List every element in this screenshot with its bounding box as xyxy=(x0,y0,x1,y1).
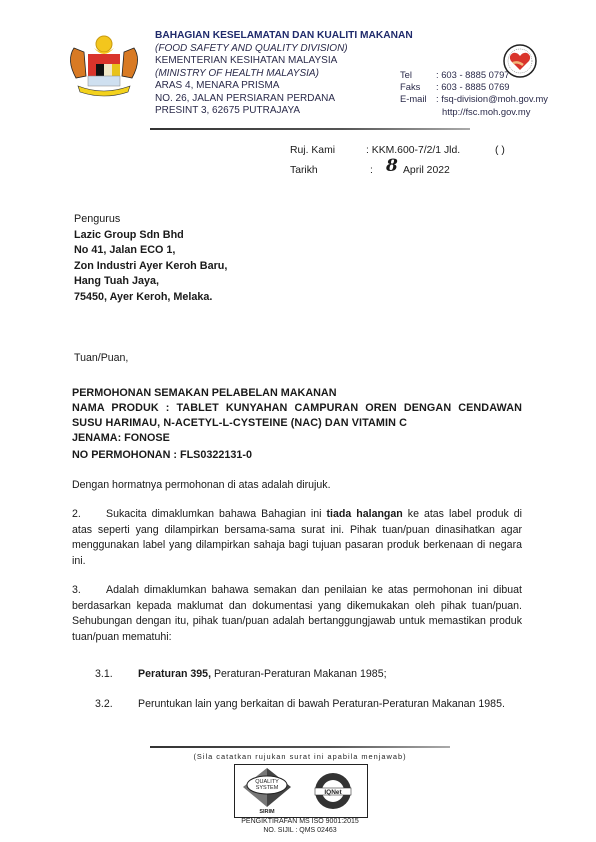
website-link[interactable]: http://fsc.moh.gov.my xyxy=(436,106,548,118)
certification-text: PENGIKTIRAFAN MS ISO 9001:2015 NO. SIJIL… xyxy=(200,817,400,835)
paragraph-2: 2.Sukacita dimaklumkan bahawa Bahagian i… xyxy=(72,507,522,569)
cert-line: PENGIKTIRAFAN MS ISO 9001:2015 xyxy=(200,817,400,826)
recipient-company: Lazic Group Sdn Bhd xyxy=(74,228,227,244)
sirim-quality-system-icon: QUALITY SYSTEM SIRIM xyxy=(241,767,293,815)
handwritten-day: 8 xyxy=(386,158,398,175)
subject-block: PERMOHONAN SEMAKAN PELABELAN MAKANAN NAM… xyxy=(72,386,522,463)
ministry-name: KEMENTERIAN KESIHATAN MALAYSIA xyxy=(155,55,435,68)
ref-volume: ( ) xyxy=(495,142,505,159)
contact-label: Faks xyxy=(400,81,436,93)
paragraph-number: 3. xyxy=(72,583,106,599)
recipient-address-line: 75450, Ayer Keroh, Melaka. xyxy=(74,290,227,306)
svg-text:SYSTEM: SYSTEM xyxy=(256,785,279,791)
list-item-text: Peruntukan lain yang berkaitan di bawah … xyxy=(138,697,515,713)
ref-number: : KKM.600-7/2/1 Jld. xyxy=(366,142,460,159)
division-name-en: (FOOD SAFETY AND QUALITY DIVISION) xyxy=(155,43,435,56)
subject-heading: PERMOHONAN SEMAKAN PELABELAN MAKANAN xyxy=(72,386,522,401)
paragraph-1: Dengan hormatnya permohonan di atas adal… xyxy=(72,478,331,494)
moh-heart-emblem-logo xyxy=(503,44,537,78)
subject-product: NAMA PRODUK : TABLET KUNYAHAN CAMPURAN O… xyxy=(72,401,522,431)
contact-label xyxy=(400,106,436,118)
division-name: BAHAGIAN KESELAMATAN DAN KUALITI MAKANAN xyxy=(155,30,435,43)
recipient-address-line: Zon Industri Ayer Keroh Baru, xyxy=(74,259,227,275)
list-item-number: 3.1. xyxy=(95,667,138,683)
date-row: Tarikh : 8 April 2022 xyxy=(290,159,550,179)
address-line: ARAS 4, MENARA PRISMA xyxy=(155,80,435,93)
list-item: 3.2.Peruntukan lain yang berkaitan di ba… xyxy=(95,697,515,713)
contact-row-fax: Faks: 603 - 8885 0769 xyxy=(400,81,548,93)
letterhead-text: BAHAGIAN KESELAMATAN DAN KUALITI MAKANAN… xyxy=(155,30,435,118)
contact-label: Tel xyxy=(400,69,436,81)
recipient-address-line: Hang Tuah Jaya, xyxy=(74,274,227,290)
recipient-address-line: No 41, Jalan ECO 1, xyxy=(74,243,227,259)
paragraph-text: Sukacita dimaklumkan bahawa Bahagian ini xyxy=(106,508,327,520)
date-label: Tarikh xyxy=(290,162,318,179)
paragraph-3: 3.Adalah dimaklumkan bahawa semakan dan … xyxy=(72,583,522,645)
date-value: April 2022 xyxy=(403,162,450,179)
address-line: PRESINT 3, 62675 PUTRAJAYA xyxy=(155,105,435,118)
ministry-name-en: (MINISTRY OF HEALTH MALAYSIA) xyxy=(155,68,435,81)
iqnet-icon: IQNet xyxy=(313,771,353,811)
footer-note: (Sila catatkan rujukan surat ini apabila… xyxy=(150,752,450,761)
address-line: NO. 26, JALAN PERSIARAN PERDANA xyxy=(155,93,435,106)
paragraph-emphasis: tiada halangan xyxy=(327,508,403,520)
recipient-title: Pengurus xyxy=(74,212,227,228)
footer-divider xyxy=(150,746,450,748)
contact-label: E-mail xyxy=(400,93,436,105)
date-colon: : xyxy=(370,162,373,179)
contact-row-web: http://fsc.moh.gov.my xyxy=(400,106,548,118)
certification-badges: QUALITY SYSTEM SIRIM IQNet xyxy=(234,764,368,818)
recipient-address: Pengurus Lazic Group Sdn Bhd No 41, Jala… xyxy=(74,212,227,305)
email-link[interactable]: : fsq-division@moh.gov.my xyxy=(436,93,548,105)
ref-label: Ruj. Kami xyxy=(290,142,335,159)
svg-text:IQNet: IQNet xyxy=(324,789,342,796)
header-divider xyxy=(150,128,470,130)
subject-application-no: NO PERMOHONAN : FLS0322131-0 xyxy=(72,448,522,463)
contact-value: : 603 - 8885 0769 xyxy=(436,81,548,93)
paragraph-text: Adalah dimaklumkan bahawa semakan dan pe… xyxy=(72,584,522,643)
salutation: Tuan/Puan, xyxy=(74,351,128,367)
paragraph-number: 2. xyxy=(72,507,106,523)
list-item-text: Peraturan-Peraturan Makanan 1985; xyxy=(211,668,387,680)
list-item-emphasis: Peraturan 395, xyxy=(138,668,211,680)
cert-number: NO. SIJIL : QMS 02463 xyxy=(200,826,400,835)
malaysia-coat-of-arms-logo xyxy=(56,30,152,100)
svg-text:SIRIM: SIRIM xyxy=(259,809,275,815)
reference-block: Ruj. Kami : KKM.600-7/2/1 Jld. ( ) Tarik… xyxy=(290,142,550,179)
list-item: 3.1.Peraturan 395, Peraturan-Peraturan M… xyxy=(95,667,515,683)
subject-brand: JENAMA: FONOSE xyxy=(72,431,522,446)
reference-row: Ruj. Kami : KKM.600-7/2/1 Jld. ( ) xyxy=(290,142,550,159)
contact-row-email: E-mail: fsq-division@moh.gov.my xyxy=(400,93,548,105)
list-item-number: 3.2. xyxy=(95,697,138,713)
